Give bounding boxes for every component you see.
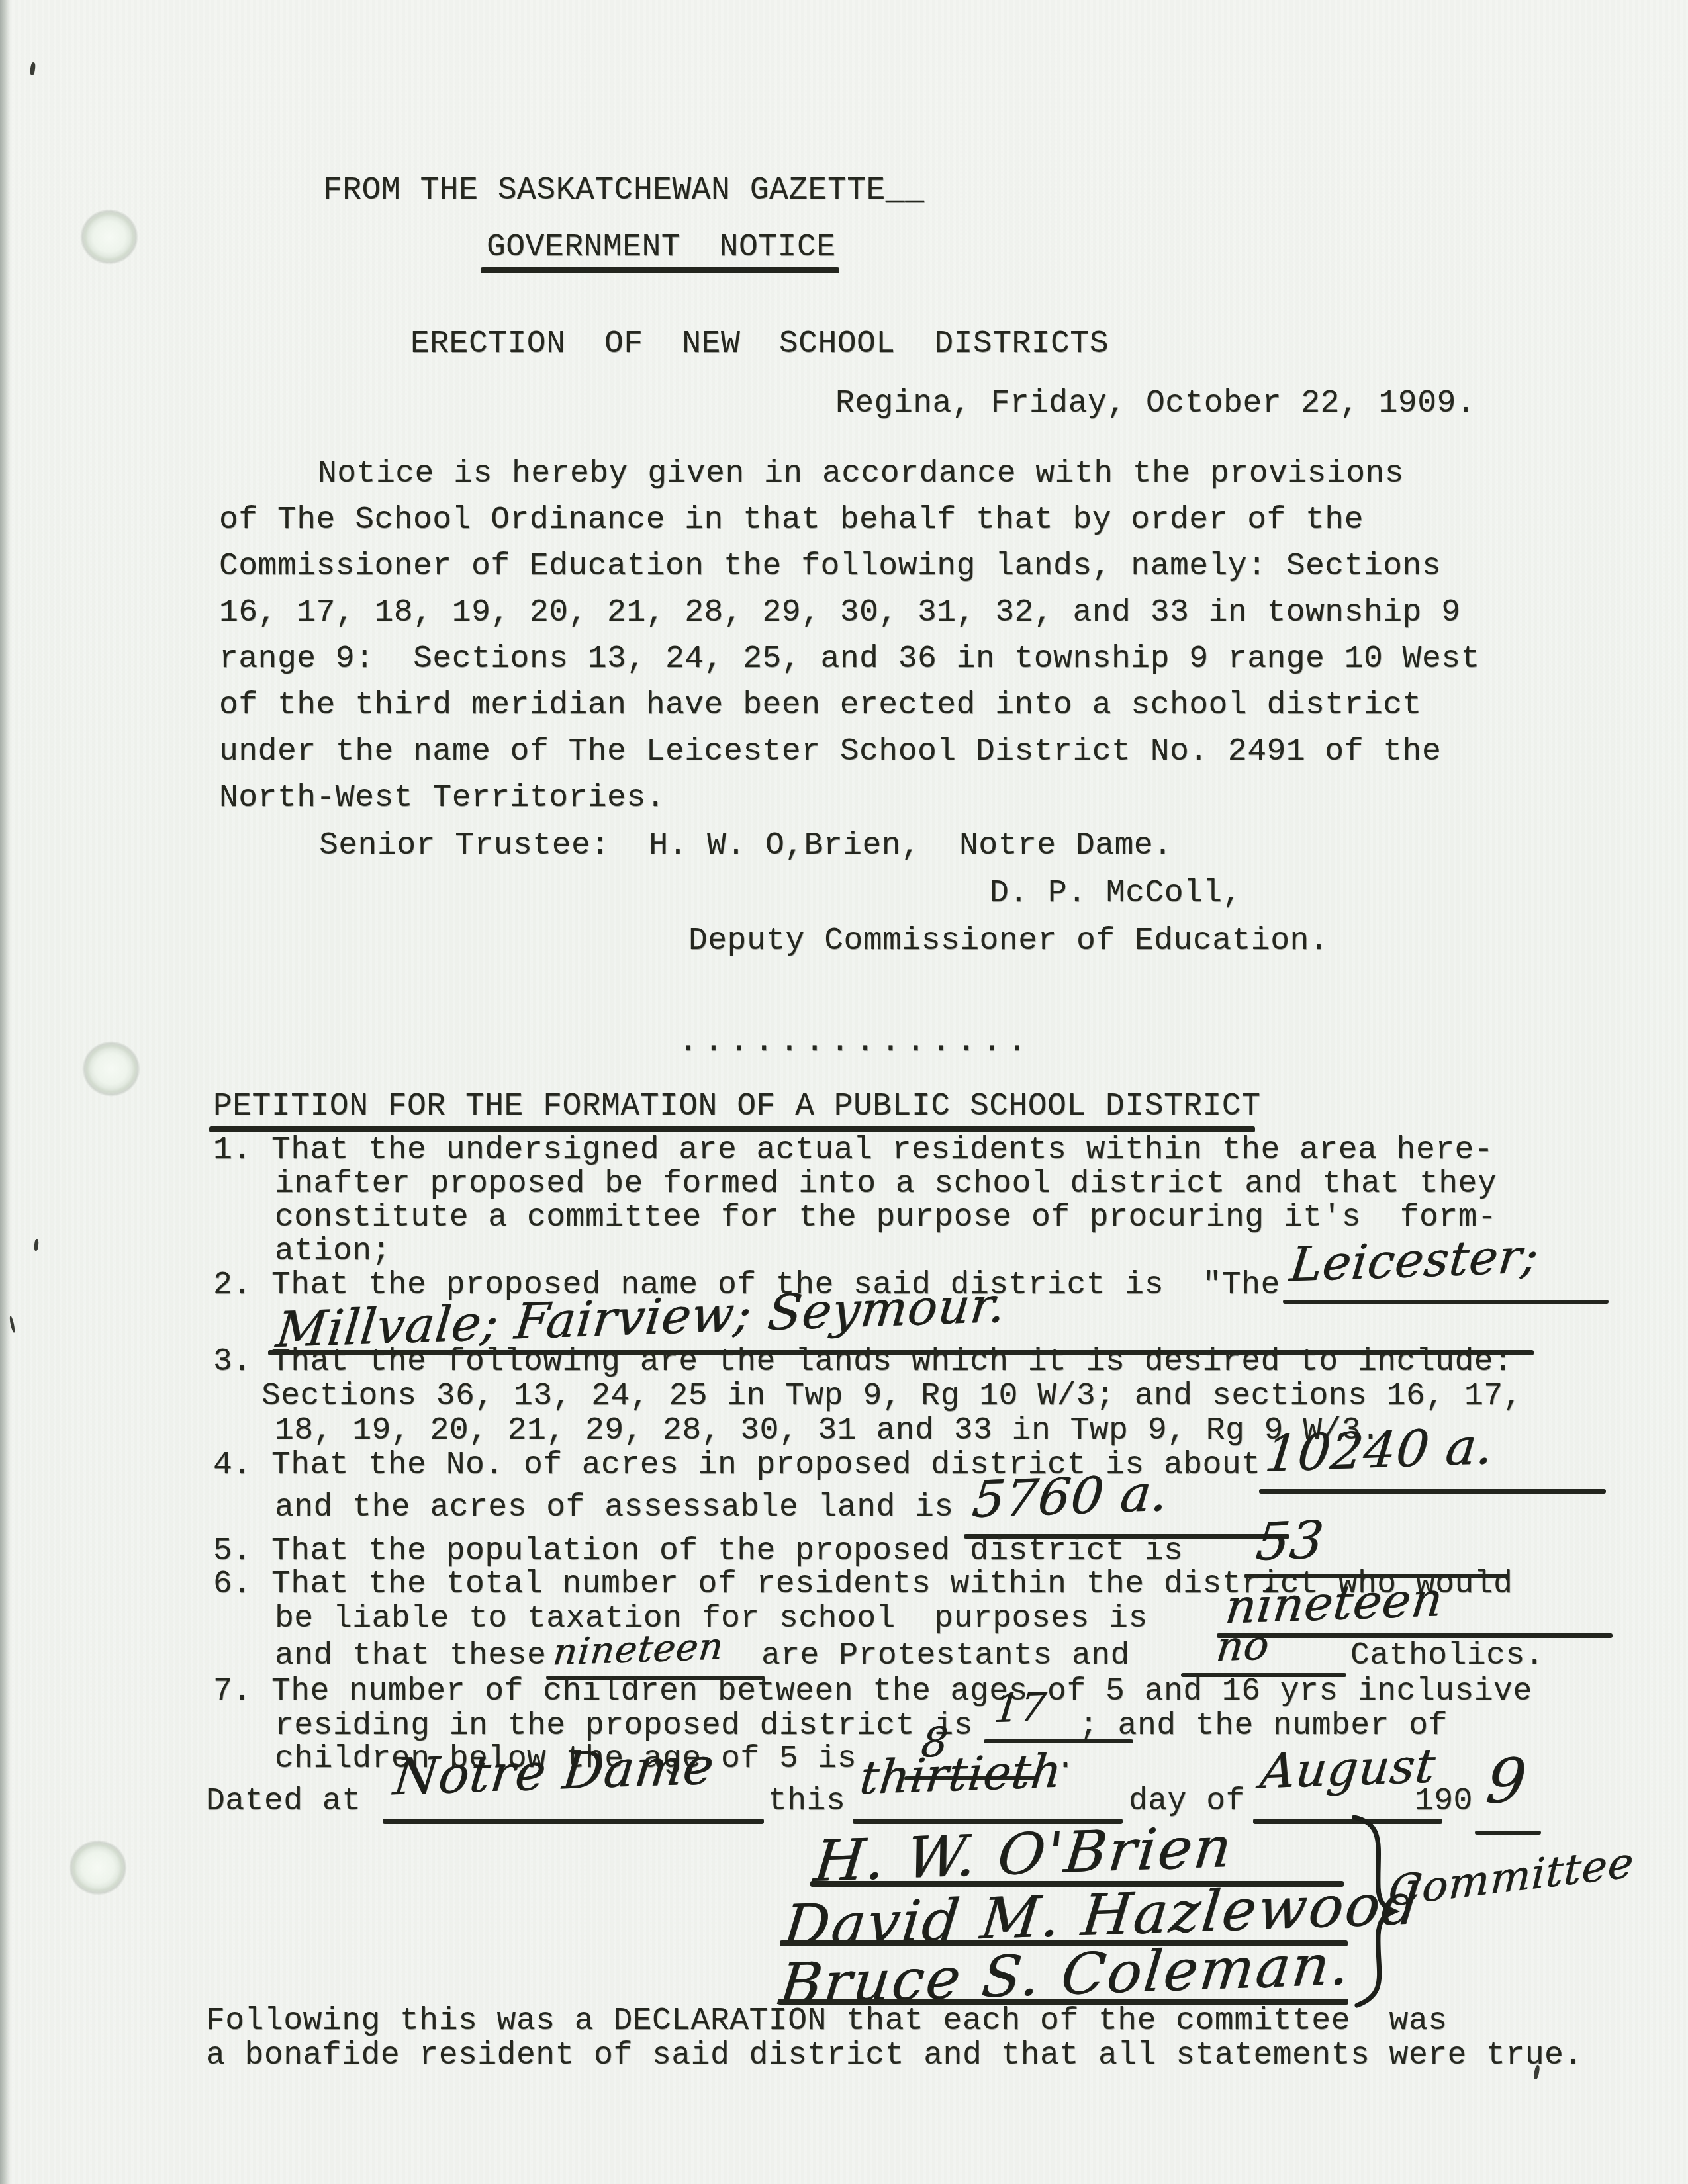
blank-underline — [1475, 1831, 1541, 1835]
heading-underline — [481, 267, 839, 273]
petition-item-7-line: ; and the number of — [1079, 1709, 1448, 1743]
closing-declaration-line: Following this was a DECLARATION that ea… — [206, 2004, 1448, 2038]
petition-item-1-line: constitute a committee for the purpose o… — [275, 1201, 1497, 1235]
handwritten-protestants-count: nineteen — [551, 1625, 726, 1674]
notice-paragraph-line: under the name of The Leicester School D… — [219, 735, 1441, 769]
notice-paragraph-line: Commissioner of Education the following … — [219, 549, 1441, 584]
handwritten-district-name: Leicester; — [1288, 1228, 1542, 1293]
handwritten-month: August — [1258, 1737, 1438, 1799]
notice-paragraph-line: 16, 17, 18, 19, 20, 21, 28, 29, 30, 31, … — [219, 596, 1461, 630]
petition-heading: PETITION FOR THE FORMATION OF A PUBLIC S… — [213, 1089, 1260, 1124]
notice-paragraph-line: range 9: Sections 13, 24, 25, and 36 in … — [219, 642, 1480, 676]
dated-line-typed: this — [768, 1784, 845, 1819]
petition-item-1-line: ation; — [275, 1234, 391, 1269]
blank-underline — [1259, 1489, 1606, 1494]
scanned-document-page: FROM THE SASKATCHEWAN GAZETTE__ GOVERNME… — [0, 0, 1688, 2184]
deputy-commissioner-title: Deputy Commissioner of Education. — [688, 924, 1329, 958]
handwritten-day-word: thirtieth — [857, 1744, 1064, 1805]
ink-mark — [30, 62, 36, 76]
petition-item-5-line: 5. That the population of the proposed d… — [213, 1534, 1183, 1569]
handwritten-place: Notre Dame — [391, 1737, 717, 1807]
punch-hole-middle — [82, 1041, 140, 1097]
dated-line-typed: Dated at — [206, 1784, 361, 1819]
blank-underline — [1283, 1300, 1609, 1304]
notice-paragraph-line: Notice is hereby given in accordance wit… — [318, 457, 1404, 491]
punch-hole-top — [80, 209, 138, 265]
main-heading: ERECTION OF NEW SCHOOL DISTRICTS — [410, 327, 1109, 361]
gazette-source-line: FROM THE SASKATCHEWAN GAZETTE__ — [323, 173, 924, 208]
notice-paragraph-line: North-West Territories. — [219, 781, 665, 815]
handwritten-committee-label: Committee — [1387, 1839, 1635, 1917]
dated-line-typed: day of — [1129, 1784, 1245, 1819]
senior-trustee-line: Senior Trustee: H. W. O,Brien, Notre Dam… — [319, 829, 1172, 863]
petition-item-6-line: Catholics. — [1350, 1639, 1544, 1673]
notice-paragraph-line: of the third meridian have been erected … — [219, 688, 1422, 723]
punch-hole-bottom — [69, 1840, 127, 1895]
petition-item-6-line: and that these — [275, 1639, 546, 1673]
dots-separator: .............. — [678, 1024, 1032, 1059]
government-notice-heading: GOVERNMENT NOTICE — [487, 230, 835, 265]
petition-item-1-line: 1. That the undersigned are actual resid… — [213, 1133, 1493, 1167]
closing-declaration-line: a bonafide resident of said district and… — [206, 2038, 1583, 2073]
petition-item-6-line: are Protestants and — [761, 1639, 1130, 1673]
handwritten-assessable-acres: 5760 a. — [970, 1463, 1172, 1529]
handwritten-children-5-16: 17 — [992, 1684, 1049, 1733]
petition-item-1-line: inafter proposed be formed into a school… — [275, 1167, 1497, 1201]
petition-item-7-line: 7. The number of children between the ag… — [213, 1674, 1532, 1709]
dated-line-typed: 190 — [1415, 1784, 1473, 1819]
ink-mark — [34, 1239, 39, 1251]
handwritten-population: 53 — [1253, 1510, 1327, 1572]
heading-underline — [209, 1126, 1255, 1132]
petition-item-3-line: 3. That the following are the lands whic… — [213, 1345, 1513, 1379]
petition-item-7-line: residing in the proposed district is — [275, 1709, 973, 1743]
handwritten-catholics-count: no — [1214, 1621, 1272, 1671]
deputy-commissioner-name: D. P. McColl, — [990, 876, 1242, 911]
dateline: Regina, Friday, October 22, 1909. — [835, 387, 1476, 421]
petition-item-3-line: 18, 19, 20, 21, 29, 28, 30, 31 and 33 in… — [275, 1414, 1380, 1448]
blank-underline — [383, 1819, 764, 1824]
petition-item-3-line: Sections 36, 13, 24, 25 in Twp 9, Rg 10 … — [261, 1379, 1523, 1414]
petition-item-4-line: and the acres of assessable land is — [275, 1490, 954, 1525]
notice-paragraph-line: of The School Ordinance in that behalf t… — [219, 503, 1364, 537]
blank-underline — [1217, 1633, 1613, 1638]
handwritten-year-digit: 9 — [1483, 1745, 1530, 1817]
handwritten-acres-total: 10240 a. — [1262, 1416, 1497, 1483]
scan-edge-artifact — [0, 0, 11, 2184]
